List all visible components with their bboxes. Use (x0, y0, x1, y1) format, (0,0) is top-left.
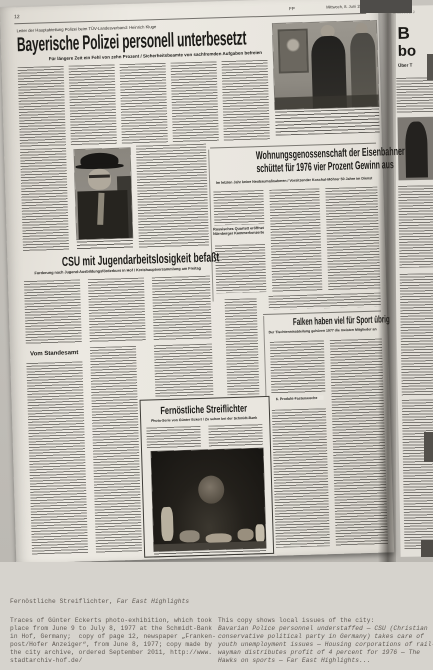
text-column (402, 399, 433, 550)
text-column (270, 340, 326, 394)
text-column (26, 361, 88, 555)
falken-subhead: Der Tischtennisabteilung gehören 1977 di… (264, 328, 382, 335)
falken-headline: Falken haben viel für Sport übrig (263, 315, 381, 329)
text-column (222, 60, 270, 141)
text-column (398, 185, 433, 268)
text-column (269, 293, 381, 310)
photo-object (161, 507, 174, 541)
text-column (400, 273, 433, 396)
caption-title-english: Far East Highlights (117, 598, 189, 605)
text-column (152, 276, 212, 342)
scanner-artifact (360, 0, 412, 13)
dateline: Mittwoch, 8. Juni 1977 (194, 4, 366, 14)
text-column (154, 344, 214, 398)
page-gutter-shadow (378, 0, 396, 562)
archive-caption-area: Fernöstliche Streiflichter, Far East Hig… (0, 562, 433, 670)
glasses (89, 175, 110, 179)
newspaper-scan: Mittwoch, 8. J B bo Über T 12 FP Mittwoc… (0, 0, 433, 562)
scanner-artifact (424, 432, 433, 462)
photo-object (255, 524, 265, 542)
caption-source-paragraph: Traces of Günter Eckerts photo-exhibitio… (10, 617, 218, 666)
caption-contents-intro: This copy shows local issues of the city… (218, 617, 433, 625)
page2-headline-fragment: bo (398, 43, 417, 60)
caption-contents-details: Bavarian Police personnel understaffed —… (218, 625, 433, 665)
caption-title-german: Fernöstliche Streiflichter, (10, 598, 117, 605)
newspaper-page-1: 12 FP Mittwoch, 8. Juni 1977 Leiter der … (0, 0, 394, 562)
text-column (225, 298, 260, 395)
text-column (120, 63, 168, 144)
photo-object (179, 530, 199, 543)
text-column (136, 144, 209, 248)
photo-caption (275, 109, 380, 136)
text-column (24, 279, 82, 345)
photo-exhibition-dark (151, 448, 266, 551)
text-column (18, 66, 66, 147)
text-column (325, 187, 380, 290)
photo-caption (77, 240, 133, 251)
photo-figure-head (198, 475, 225, 504)
text-column (213, 190, 264, 225)
text-column (88, 278, 146, 344)
text-column (215, 244, 266, 293)
text-column (20, 148, 69, 251)
photo-object (237, 528, 253, 540)
face (88, 169, 112, 191)
page-number: 12 (14, 13, 44, 19)
photo-table (275, 95, 379, 110)
newspaper-page-2-sliver: Mittwoch, 8. J B bo Über T (391, 5, 433, 557)
produkt-heading: 6. Produkt-Fastenwoche (269, 395, 323, 401)
tie (97, 193, 104, 225)
scanner-artifact (427, 54, 433, 80)
text-column (272, 408, 330, 548)
text-column (171, 61, 219, 142)
text-column (269, 188, 322, 291)
text-column (146, 426, 201, 450)
text-column (69, 64, 117, 145)
text-column (396, 77, 433, 114)
scanner-artifact (421, 540, 433, 557)
housing-subhead: Im letzten Jahr keine Neubaumaßnahmen / … (211, 176, 377, 185)
photo-officials (272, 21, 379, 110)
caption-title: Fernöstliche Streiflichter, Far East Hig… (10, 598, 310, 606)
photo-figure (405, 121, 428, 177)
caption-contents: This copy shows local issues of the city… (218, 617, 433, 666)
text-column (208, 424, 263, 448)
text-column (90, 346, 142, 553)
photo-man-with-hat (74, 148, 133, 240)
quartett-heading: Russisches Quartett eröffnet Nürnberger … (212, 226, 264, 236)
framed-picture (278, 29, 309, 74)
